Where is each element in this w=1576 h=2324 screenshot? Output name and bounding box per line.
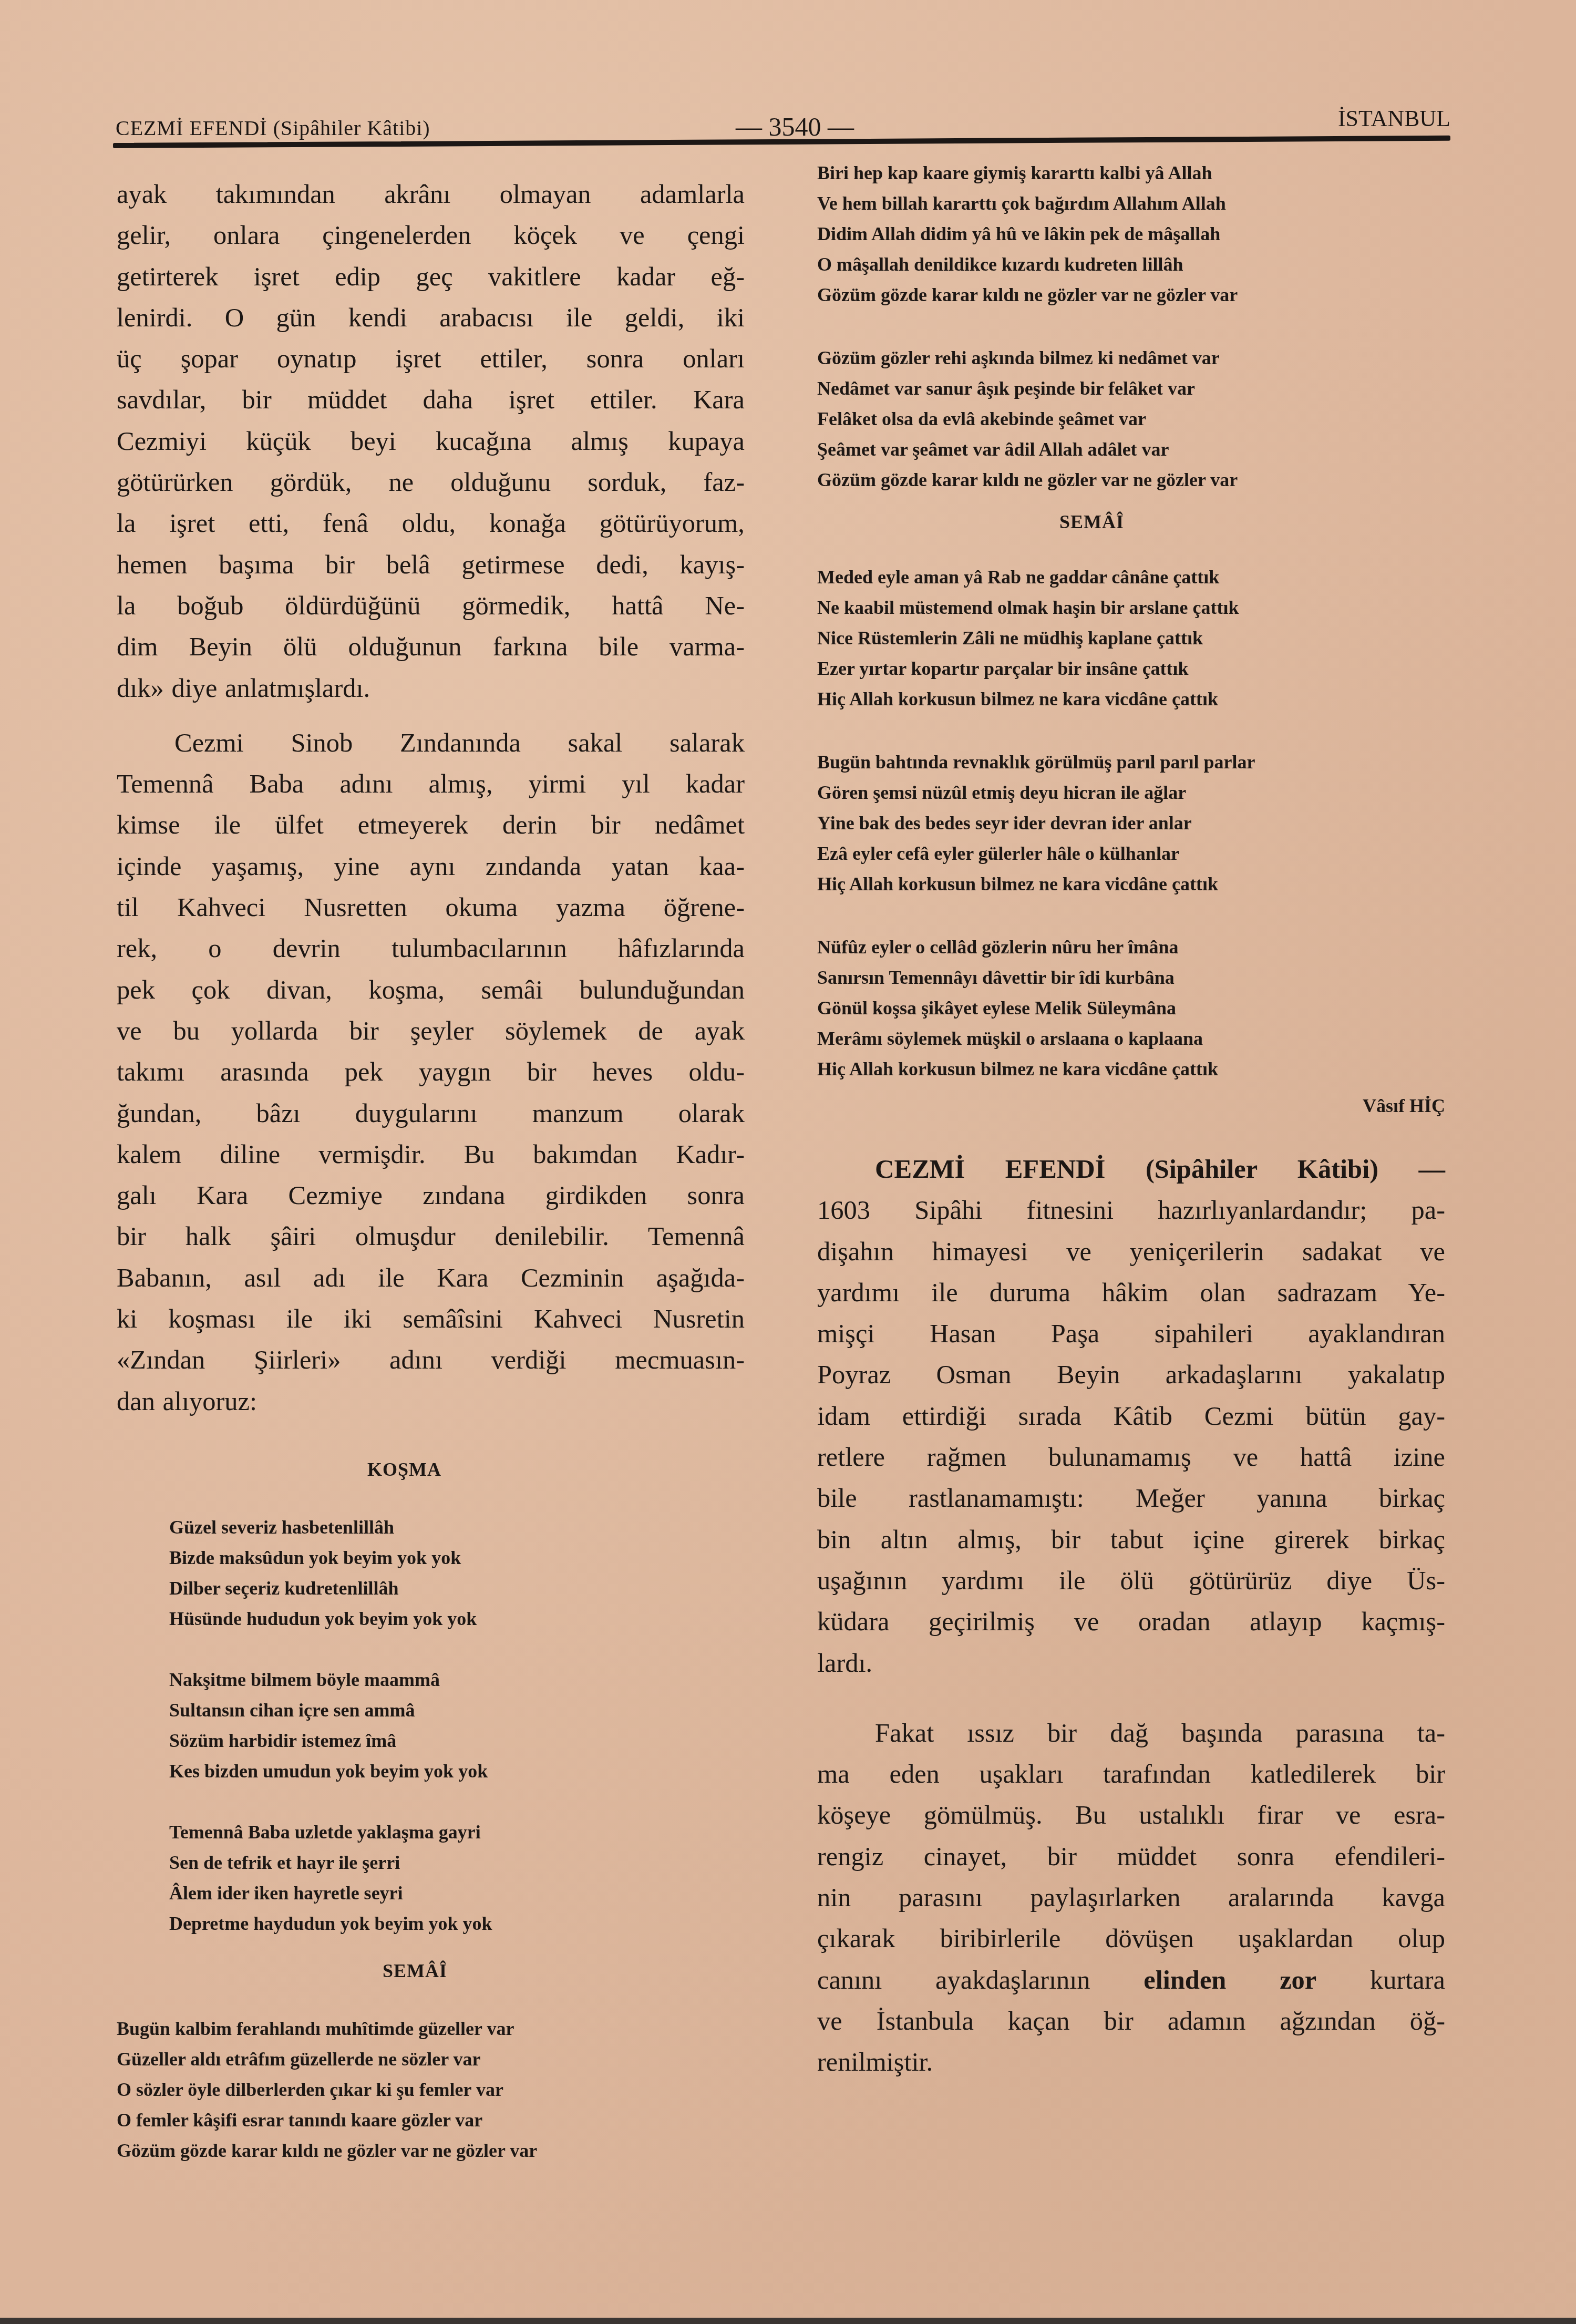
verse-line: Felâket olsa da evlâ akebinde şeâmet var [817, 404, 1445, 434]
text-line: renilmiştir. [817, 2041, 1445, 2082]
entry-headline: CEZMİ EFENDİ (Sipâhiler Kâtibi) — [817, 1148, 1445, 1189]
semai-title-2: SEMÂÎ [738, 511, 1445, 533]
text-line: Poyraz Osman Beyin arkadaşlarını yakalat… [817, 1354, 1445, 1395]
scan-edge [0, 2318, 1576, 2324]
verse-line: Âlem ider iken hayretle seyri [169, 1878, 745, 1908]
verse-line: Yine bak des bedes seyr ider devran ider… [817, 808, 1445, 838]
text-line: ma eden uşakları tarafından katledilerek… [817, 1753, 1445, 1794]
verse-line: O mâşallah denildikce kızardı kudreten l… [817, 249, 1445, 280]
text-line: götürürken gördük, ne olduğunu sorduk, f… [117, 461, 745, 502]
volume-label: İSTANBUL [1338, 105, 1450, 132]
page-number: — 3540 — [736, 111, 854, 142]
kosma-title: KOŞMA [64, 1458, 745, 1480]
verse-line: Güzeller aldı etrâfım güzellerde ne sözl… [117, 2044, 745, 2074]
stanza: Biri hep kap kaare giymiş kararttı kalbi… [817, 158, 1445, 310]
text-line: «Zından Şiirleri» adını verdiği mecmuası… [117, 1339, 745, 1380]
text-line: dim Beyin ölü olduğunun farkına bile var… [117, 626, 745, 667]
paragraph-continuation: ayak takımından akrânı olmayan adamlarla… [117, 173, 745, 708]
verse-line: Bugün kalbim ferahlandı muhîtimde güzell… [117, 2013, 745, 2044]
verse-line: Ezer yırtar kopartır parçalar bir insâne… [817, 653, 1445, 684]
semai-2-poem: Meded eyle aman yâ Rab ne gaddar cânâne … [817, 562, 1445, 1084]
text-line: dan alıyoruz: [117, 1381, 745, 1422]
verse-line: Ezâ eyler cefâ eyler gülerler hâle o kül… [817, 838, 1445, 869]
verse-line: Bizde maksûdun yok beyim yok yok [169, 1543, 745, 1573]
text-line: hemen başıma bir belâ getirmese dedi, ka… [117, 544, 745, 585]
entry-headword: CEZMİ EFENDİ (Sipâhiler Kâtibi) — [875, 1154, 1445, 1184]
verse-line: Nedâmet var sanur âşık peşinde bir felâk… [817, 373, 1445, 404]
verse-line: Merâmı söylemek müşkil o arslaana o kapl… [817, 1023, 1445, 1054]
text-line: galı Kara Cezmiye zındana girdikden sonr… [117, 1175, 745, 1216]
verse-line: Gözüm gözde karar kıldı ne gözler var ne… [117, 2135, 745, 2166]
verse-line: O femler kâşifi esrar tanındı kaare gözl… [117, 2105, 745, 2135]
text-line: rek, o devrin tulumbacılarının hâfızları… [117, 928, 745, 969]
verse-line: Biri hep kap kaare giymiş kararttı kalbi… [817, 158, 1445, 188]
text-line: getirterek işret edip geç vakitlere kada… [117, 256, 745, 297]
stanza: Bugün kalbim ferahlandı muhîtimde güzell… [117, 2013, 745, 2166]
verse-line: Hiç Allah korkusun bilmez ne kara vicdân… [817, 1054, 1445, 1084]
verse-line: Ve hem billah kararttı çok bağırdım Alla… [817, 188, 1445, 219]
verse-line: Sen de tefrik et hayr ile şerri [169, 1847, 745, 1878]
text-line: lardı. [817, 1642, 1445, 1683]
verse-line: Gözüm gözler rehi aşkında bilmez ki nedâ… [817, 343, 1445, 373]
verse-line: Nüfûz eyler o cellâd gözlerin nûru her î… [817, 932, 1445, 962]
semai-1-continuation: Biri hep kap kaare giymiş kararttı kalbi… [817, 158, 1445, 495]
verse-line: Sanırsın Temennâyı dâvettir bir îdi kurb… [817, 962, 1445, 993]
text-line: ayak takımından akrânı olmayan adamlarla [117, 173, 745, 214]
text-line: rengiz cinayet, bir müddet sonra efendil… [817, 1836, 1445, 1877]
semai-1-stanza-1: Bugün kalbim ferahlandı muhîtimde güzell… [117, 2013, 745, 2166]
text-line: la işret etti, fenâ oldu, konağa götürüy… [117, 502, 745, 543]
verse-line: Hüsünde hududun yok beyim yok yok [169, 1603, 745, 1634]
text-line: Temennâ Baba adını almış, yirmi yıl kada… [117, 763, 745, 804]
text-line: küdara geçirilmiş ve oradan atlayıp kaçm… [817, 1601, 1445, 1642]
text-line: gelir, onlara çingenelerden köçek ve çen… [117, 214, 745, 255]
text-fragment: kurtara [1316, 1965, 1445, 1994]
entry-cezmi-efendi: CEZMİ EFENDİ (Sipâhiler Kâtibi) —1603 Si… [817, 1148, 1445, 1683]
stanza: Nüfûz eyler o cellâd gözlerin nûru her î… [817, 932, 1445, 1084]
stanza: Güzel severiz hasbetenlillâhBizde maksûd… [169, 1512, 745, 1634]
verse-line: Meded eyle aman yâ Rab ne gaddar cânâne … [817, 562, 1445, 592]
verse-line: Nakşitme bilmem böyle maammâ [169, 1664, 745, 1695]
right-column: Biri hep kap kaare giymiş kararttı kalbi… [817, 158, 1445, 2083]
text-line: Cezmiyi küçük beyi kucağına almış kupaya [117, 420, 745, 461]
running-title: CEZMİ EFENDİ (Sipâhiler Kâtibi) [116, 116, 430, 140]
text-line: ve İstanbula kaçan bir adamın ağzından ö… [817, 2000, 1445, 2041]
verse-line: Güzel severiz hasbetenlillâh [169, 1512, 745, 1543]
verse-line: Gözüm gözde karar kıldı ne gözler var ne… [817, 465, 1445, 495]
verse-line: Hiç Allah korkusun bilmez ne kara vicdân… [817, 869, 1445, 899]
stanza: Bugün bahtında revnaklık görülmüş parıl … [817, 747, 1445, 899]
text-line: 1603 Sipâhi fitnesini hazırlıyanlardandı… [817, 1189, 1445, 1230]
text-line: bin altın almış, bir tabut içine girerek… [817, 1519, 1445, 1560]
text-line: uşağının yardımı ile ölü götürürüz diye … [817, 1560, 1445, 1601]
text-line: Babanın, asıl adı ile Kara Cezminin aşağ… [117, 1257, 745, 1298]
text-line: ki koşması ile iki semâîsini Kahveci Nus… [117, 1298, 745, 1339]
verse-line: Depretme haydudun yok beyim yok yok [169, 1908, 745, 1939]
stanza: Nakşitme bilmem böyle maammâSultansın ci… [169, 1664, 745, 1786]
entry-paragraph-2: Fakat ıssız bir dağ başında parasına ta-… [817, 1712, 1445, 2083]
text-line: dişahın himayesi ve yeniçerilerin sadaka… [817, 1231, 1445, 1272]
verse-line: Kes bizden umudun yok beyim yok yok [169, 1756, 745, 1786]
verse-line: Nice Rüstemlerin Zâli ne müdhiş kaplane … [817, 623, 1445, 653]
text-line: Cezmi Sinob Zındanında sakal salarak [117, 722, 745, 763]
stanza: Temennâ Baba uzletde yaklaşma gayriSen d… [169, 1817, 745, 1939]
verse-line: Dilber seçeriz kudretenlillâh [169, 1573, 745, 1603]
author-signature: Vâsıf HİÇ [817, 1095, 1445, 1117]
verse-line: Didim Allah didim yâ hû ve lâkin pek de … [817, 219, 1445, 249]
text-line: mişçi Hasan Paşa sipahileri ayaklandıran [817, 1313, 1445, 1354]
text-line: ve bu yollarda bir şeyler söylemek de ay… [117, 1010, 745, 1051]
paragraph-cezmi-sinob: Cezmi Sinob Zındanında sakal salarakTeme… [117, 722, 745, 1422]
text-line: la boğub öldürdüğünü görmedik, hattâ Ne- [117, 585, 745, 626]
text-line: içinde yaşamış, yine aynı zındanda yatan… [117, 846, 745, 887]
verse-line: Gönül koşsa şikâyet eylese Melik Süleymâ… [817, 993, 1445, 1023]
verse-line: Hiç Allah korkusun bilmez ne kara vicdân… [817, 684, 1445, 714]
text-line: dık» diye anlatmışlardı. [117, 667, 745, 708]
stanza: Meded eyle aman yâ Rab ne gaddar cânâne … [817, 562, 1445, 714]
text-line: takımı arasında pek yaygın bir heves old… [117, 1051, 745, 1092]
text-line: lenirdi. O gün kendi arabacısı ile geldi… [117, 297, 745, 338]
text-line: köşeye gömülmüş. Bu ustalıklı firar ve e… [817, 1794, 1445, 1835]
text-fragment: canını ayakdaşlarının [817, 1965, 1144, 1994]
verse-line: Gören şemsi nüzûl etmiş deyu hicran ile … [817, 777, 1445, 808]
verse-line: Gözüm gözde karar kıldı ne gözler var ne… [817, 280, 1445, 310]
text-line: bir halk şâiri olmuşdur denilebilir. Tem… [117, 1216, 745, 1257]
left-column: ayak takımından akrânı olmayan adamlarla… [117, 173, 745, 2166]
text-line: idam ettirdiği sırada Kâtib Cezmi bütün … [817, 1395, 1445, 1436]
text-line: bile rastlanamamıştı: Meğer yanına birka… [817, 1477, 1445, 1518]
text-line: retlere rağmen bulunamamış ve hattâ izin… [817, 1436, 1445, 1477]
text-line: çıkarak biribirlerile dövüşen uşaklardan… [817, 1918, 1445, 1959]
text-line: nin parasını paylaşırlarken aralarında k… [817, 1877, 1445, 1918]
text-line: ğundan, bâzı duygularını manzum olarak [117, 1093, 745, 1134]
text-line-bold-phrase: canını ayakdaşlarının elinden zor kurtar… [817, 1959, 1445, 2000]
verse-line: Sözüm harbidir istemez îmâ [169, 1725, 745, 1756]
verse-line: Temennâ Baba uzletde yaklaşma gayri [169, 1817, 745, 1847]
text-line: kalem diline vermişdir. Bu bakımdan Kadı… [117, 1134, 745, 1175]
kosma-poem: Güzel severiz hasbetenlillâhBizde maksûd… [117, 1512, 745, 1939]
text-line: üç şopar oynatıp işret ettiler, sonra on… [117, 338, 745, 379]
verse-line: Bugün bahtında revnaklık görülmüş parıl … [817, 747, 1445, 777]
verse-line: Ne kaabil müstemend olmak haşin bir arsl… [817, 592, 1445, 623]
text-line: Fakat ıssız bir dağ başında parasına ta- [817, 1712, 1445, 1753]
text-line: yardımı ile duruma hâkim olan sadrazam Y… [817, 1272, 1445, 1313]
verse-line: O sözler öyle dilberlerden çıkar ki şu f… [117, 2074, 745, 2105]
verse-line: Sultansın cihan içre sen ammâ [169, 1695, 745, 1725]
text-line: til Kahveci Nusretten okuma yazma öğrene… [117, 887, 745, 928]
text-line: kimse ile ülfet etmeyerek derin bir nedâ… [117, 804, 745, 845]
encyclopedia-page: CEZMİ EFENDİ (Sipâhiler Kâtibi) — 3540 —… [0, 0, 1576, 2324]
text-line: savdılar, bir müddet daha işret ettiler.… [117, 379, 745, 420]
text-line: pek çok divan, koşma, semâi bulunduğunda… [117, 969, 745, 1010]
verse-line: Şeâmet var şeâmet var âdil Allah adâlet … [817, 434, 1445, 465]
stanza: Gözüm gözler rehi aşkında bilmez ki nedâ… [817, 343, 1445, 495]
semai-title-1: SEMÂÎ [85, 1960, 745, 1982]
bold-phrase: elinden zor [1144, 1965, 1316, 1994]
